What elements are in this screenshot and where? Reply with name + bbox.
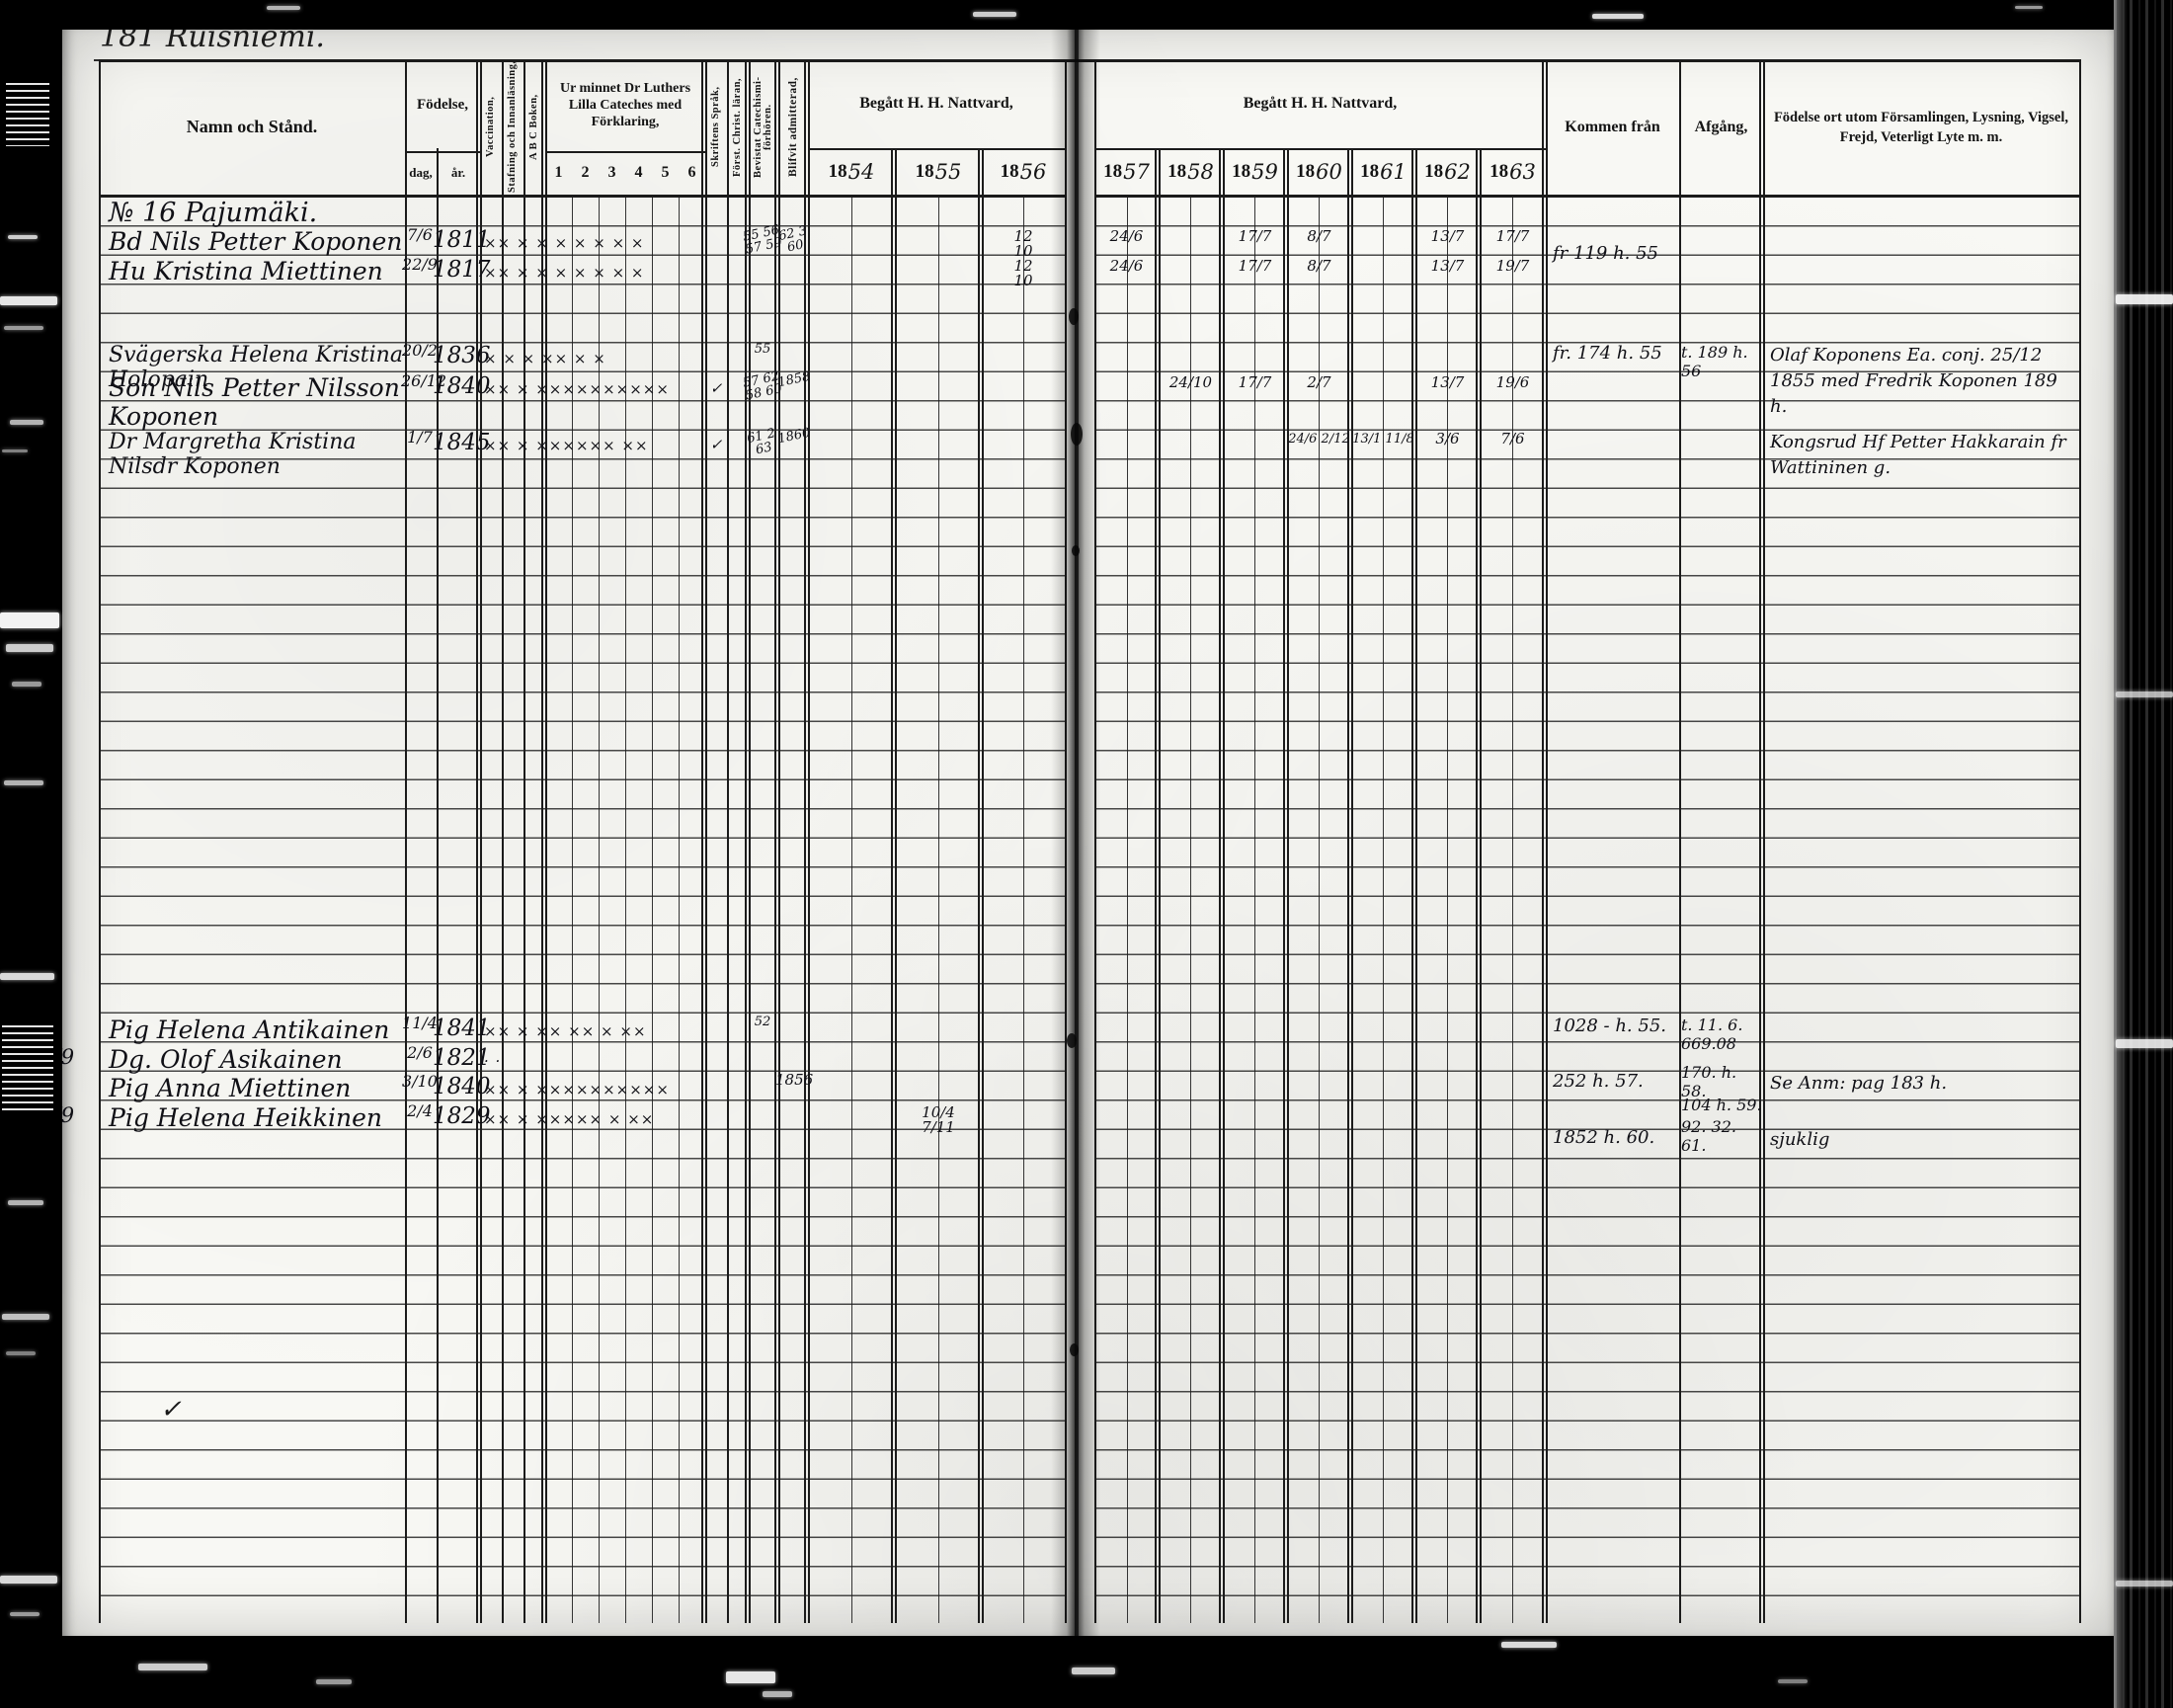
- entry-reading-marks: ×× × ×××××× ××: [484, 430, 709, 454]
- film-scratch: [10, 420, 43, 425]
- film-scratch: [316, 1679, 352, 1684]
- year-script: 59: [1251, 160, 1278, 184]
- entry-name: Son Nils Petter Nilsson Koponen: [109, 373, 405, 431]
- header-departure: Afgång,: [1679, 59, 1763, 195]
- header-vaccination: Vaccination,: [480, 59, 502, 195]
- entry-name: Dg. Olof Asikainen: [109, 1045, 405, 1074]
- year-print: 18: [829, 161, 847, 183]
- entry-communion-1863: 17/7: [1480, 227, 1546, 244]
- entry-departure: t. 11. 6. 669.08: [1681, 1016, 1764, 1053]
- entry-remark: Se Anm: pag 183 h.: [1770, 1071, 2078, 1097]
- entry-name: Pig Anna Miettinen: [109, 1074, 405, 1102]
- year-1855: 1855: [895, 148, 982, 195]
- header-communion-right: Begått H. H. Nattvard,: [1094, 59, 1546, 148]
- entry-communion-1857: 24/6: [1094, 257, 1159, 274]
- film-scratch: [973, 12, 1016, 17]
- year-print: 18: [1489, 161, 1508, 183]
- header-first-christian-doctrine: Först. Christ. läran,: [727, 59, 749, 195]
- entry-birth-year: 1841: [433, 1016, 484, 1041]
- film-scratch: [6, 1351, 36, 1355]
- entry-communion-1859: 17/7: [1223, 373, 1287, 390]
- entry-birth-year: 1829: [433, 1103, 484, 1129]
- film-scratch: [0, 973, 54, 980]
- entry-birth-year: 1840: [433, 373, 484, 399]
- entry-name: Pig Helena Antikainen: [109, 1016, 405, 1044]
- header-catechism-col-5: 5: [652, 151, 679, 195]
- fold-ink-blot: [1072, 545, 1080, 556]
- entry-communion-1863: 19/7: [1480, 257, 1546, 274]
- entry-came-from: 252 h. 57.: [1553, 1071, 1677, 1092]
- year-print: 18: [1232, 161, 1250, 183]
- film-scratch: [2, 449, 28, 452]
- header-communion-left: Begått H. H. Nattvard,: [808, 59, 1065, 148]
- entry-exam-years: 55: [744, 343, 781, 356]
- grid-line-vertical: [2079, 59, 2081, 1623]
- film-scratch: [2015, 6, 2043, 9]
- fold-ink-blot: [1069, 308, 1079, 325]
- entry-reading-marks: × × × ×× × ×: [484, 343, 709, 367]
- year-print: 18: [1167, 161, 1186, 183]
- film-scratch: [1072, 1667, 1115, 1674]
- year-print: 18: [1424, 161, 1443, 183]
- entry-came-from: fr. 174 h. 55: [1553, 343, 1677, 364]
- year-print: 18: [1103, 161, 1122, 183]
- year-1860: 1860: [1287, 148, 1351, 195]
- entry-communion-1860: 8/7: [1287, 257, 1351, 274]
- header-birth-day: dag,: [405, 151, 437, 195]
- header-spelling-reading: Stafning och Innanläsning,: [502, 59, 523, 195]
- entry-reading-marks: ×× × ××××××××××: [484, 373, 709, 398]
- entry-communion-1861: 13/1 11/8: [1351, 430, 1415, 447]
- entry-communion-1859: 17/7: [1223, 257, 1287, 274]
- film-scratch: [0, 612, 59, 628]
- book-fold-line: [1075, 28, 1079, 1638]
- entry-came-from: 1028 - h. 55.: [1553, 1016, 1677, 1036]
- entry-departure: t. 189 h. 56: [1681, 343, 1764, 380]
- entry-reading-marks: ×× × × × × × × ×: [484, 257, 709, 282]
- film-scratch: [2116, 1039, 2173, 1048]
- entry-communion-1860: 2/7: [1287, 373, 1351, 390]
- film-scratch: [2116, 691, 2173, 697]
- film-scratch: [1778, 1679, 1808, 1683]
- entry-communion-1857: 24/6: [1094, 227, 1159, 244]
- year-script: 60: [1316, 160, 1342, 184]
- scanned-parish-register: 181 Ruisniemi. Namn och Stånd. Födelse, …: [0, 0, 2173, 1708]
- entry-came-from: 1852 h. 60.: [1553, 1127, 1677, 1148]
- film-scratch: [12, 682, 41, 687]
- entry-name: Pig Helena Heikkinen: [109, 1103, 405, 1132]
- year-print: 18: [1296, 161, 1315, 183]
- entry-came-from: fr 119 h. 55: [1553, 243, 1677, 264]
- entry-name: Hu Kristina Miettinen: [109, 257, 405, 285]
- entry-birth-year: 1845: [433, 430, 484, 455]
- header-luthers-catechism: Ur minnet Dr Luthers Lilla Cateches med …: [549, 59, 701, 151]
- film-scratch: [2116, 1581, 2173, 1586]
- entry-communion-1855: 10/4 7/11: [895, 1103, 982, 1135]
- entry-communion-1862: 13/7: [1415, 257, 1480, 274]
- entry-reading-marks: ×× × ××××× × ××: [484, 1103, 709, 1128]
- entry-reading-marks: · ·: [484, 1045, 709, 1070]
- header-catechism-col-6: 6: [679, 151, 705, 195]
- year-1861: 1861: [1351, 148, 1415, 195]
- header-catechism-col-1: 1: [545, 151, 572, 195]
- header-scripture-language: Skriftens Språk,: [705, 59, 727, 195]
- year-1858: 1858: [1159, 148, 1223, 195]
- section-heading: № 16 Pajumäki.: [109, 198, 405, 228]
- film-scratch: [0, 1576, 57, 1584]
- year-1863: 1863: [1480, 148, 1546, 195]
- entry-communion-1863: 7/6: [1480, 430, 1546, 447]
- film-scratch: [8, 1200, 43, 1205]
- film-border-top: [0, 0, 2173, 30]
- entry-reading-marks: ×× × ×× ×× × ××: [484, 1016, 709, 1040]
- film-scratch: [4, 780, 43, 785]
- year-1859: 1859: [1223, 148, 1287, 195]
- film-scratch: [4, 326, 43, 330]
- year-print: 18: [1001, 161, 1019, 183]
- entry-birth-year: 1817: [433, 257, 484, 283]
- header-birth-year: år.: [437, 151, 480, 195]
- year-1862: 1862: [1415, 148, 1480, 195]
- entry-admitted: 1856: [775, 1074, 813, 1087]
- entry-communion-1862: 3/6: [1415, 430, 1480, 447]
- film-scratch: [726, 1671, 775, 1683]
- entry-birth-year: 1836: [433, 343, 484, 368]
- entry-communion-1860: 24/6 2/12: [1287, 430, 1351, 447]
- year-1857: 1857: [1094, 148, 1159, 195]
- film-edge-glow: [2114, 0, 2128, 1708]
- fold-ink-blot: [1071, 423, 1083, 446]
- fold-ink-blot: [1067, 1033, 1077, 1048]
- stray-pen-mark: ✓: [160, 1395, 182, 1424]
- header-abc-book: A B C Boken,: [523, 59, 545, 195]
- year-1854: 1854: [808, 148, 895, 195]
- year-print: 18: [916, 161, 934, 183]
- header-birth: Födelse,: [405, 59, 480, 151]
- year-script: 57: [1123, 160, 1150, 184]
- header-birthplace-banns-etc: Födelse ort utom Församlingen, Lysning, …: [1773, 59, 2069, 195]
- entry-remark: Olaf Koponens Ea. conj. 25/12 1855 med F…: [1770, 343, 2078, 420]
- film-scratch-cluster: [2, 1025, 53, 1110]
- header-attended-catechism-exams: Bevistat Catechismi-förhören.: [749, 59, 778, 195]
- film-scratch: [138, 1664, 207, 1670]
- fold-ink-blot: [1070, 1343, 1079, 1356]
- film-scratch: [2, 1314, 49, 1320]
- entry-scripture-mark: ✓: [703, 430, 729, 453]
- year-print: 18: [1360, 161, 1379, 183]
- film-scratch: [10, 1612, 40, 1616]
- entry-communion-1859: 17/7: [1223, 227, 1287, 244]
- header-admitted: Blifvit admitterad,: [778, 59, 808, 195]
- film-scratch: [2116, 294, 2173, 304]
- film-scratch: [6, 644, 53, 652]
- film-scratch: [763, 1691, 792, 1697]
- year-script: 56: [1020, 160, 1047, 184]
- year-script: 61: [1380, 160, 1407, 184]
- entry-reading-marks: ×× × ××××××××××: [484, 1074, 709, 1098]
- year-script: 55: [935, 160, 962, 184]
- entry-communion-1858: 24/10: [1159, 373, 1223, 390]
- year-script: 63: [1509, 160, 1536, 184]
- header-catechism-col-4: 4: [625, 151, 652, 195]
- header-catechism-col-3: 3: [599, 151, 625, 195]
- year-script: 54: [848, 160, 875, 184]
- entry-reading-marks: ×× × × × × × × ×: [484, 227, 709, 252]
- entry-remark: Kongsrud Hf Petter Hakkarain fr Wattinin…: [1770, 430, 2078, 481]
- film-scratch: [0, 296, 57, 305]
- entry-departure: 92. 32. 61.: [1681, 1117, 1764, 1155]
- entry-communion-1863: 19/6: [1480, 373, 1546, 390]
- entry-birth-year: 1821: [433, 1045, 484, 1071]
- entry-departure: 104 h. 59.: [1681, 1096, 1764, 1114]
- film-border-left: [0, 0, 62, 1708]
- film-scratch: [267, 6, 300, 10]
- entry-scripture-mark: ✓: [703, 373, 729, 397]
- entry-name: Dr Margretha Kristina Nilsdr Koponen: [109, 430, 405, 479]
- film-scratch: [8, 235, 38, 239]
- entry-communion-1862: 13/7: [1415, 227, 1480, 244]
- entry-birth-year: 1840: [433, 1074, 484, 1099]
- header-catechism-col-2: 2: [572, 151, 599, 195]
- header-name-and-rank: Namn och Stånd.: [99, 59, 405, 195]
- film-scratch: [1592, 14, 1644, 19]
- entry-name: Bd Nils Petter Koponen: [109, 227, 405, 256]
- film-scratch: [1501, 1642, 1557, 1648]
- entry-communion-1862: 13/7: [1415, 373, 1480, 390]
- entry-birth-year: 1811: [433, 227, 484, 253]
- year-script: 58: [1187, 160, 1214, 184]
- entry-remark: sjuklig: [1770, 1127, 2078, 1153]
- entry-exam-years: 52: [744, 1016, 781, 1028]
- year-script: 62: [1444, 160, 1471, 184]
- film-scratch-cluster: [6, 83, 49, 146]
- header-came-from: Kommen från: [1546, 59, 1679, 195]
- entry-communion-1860: 8/7: [1287, 227, 1351, 244]
